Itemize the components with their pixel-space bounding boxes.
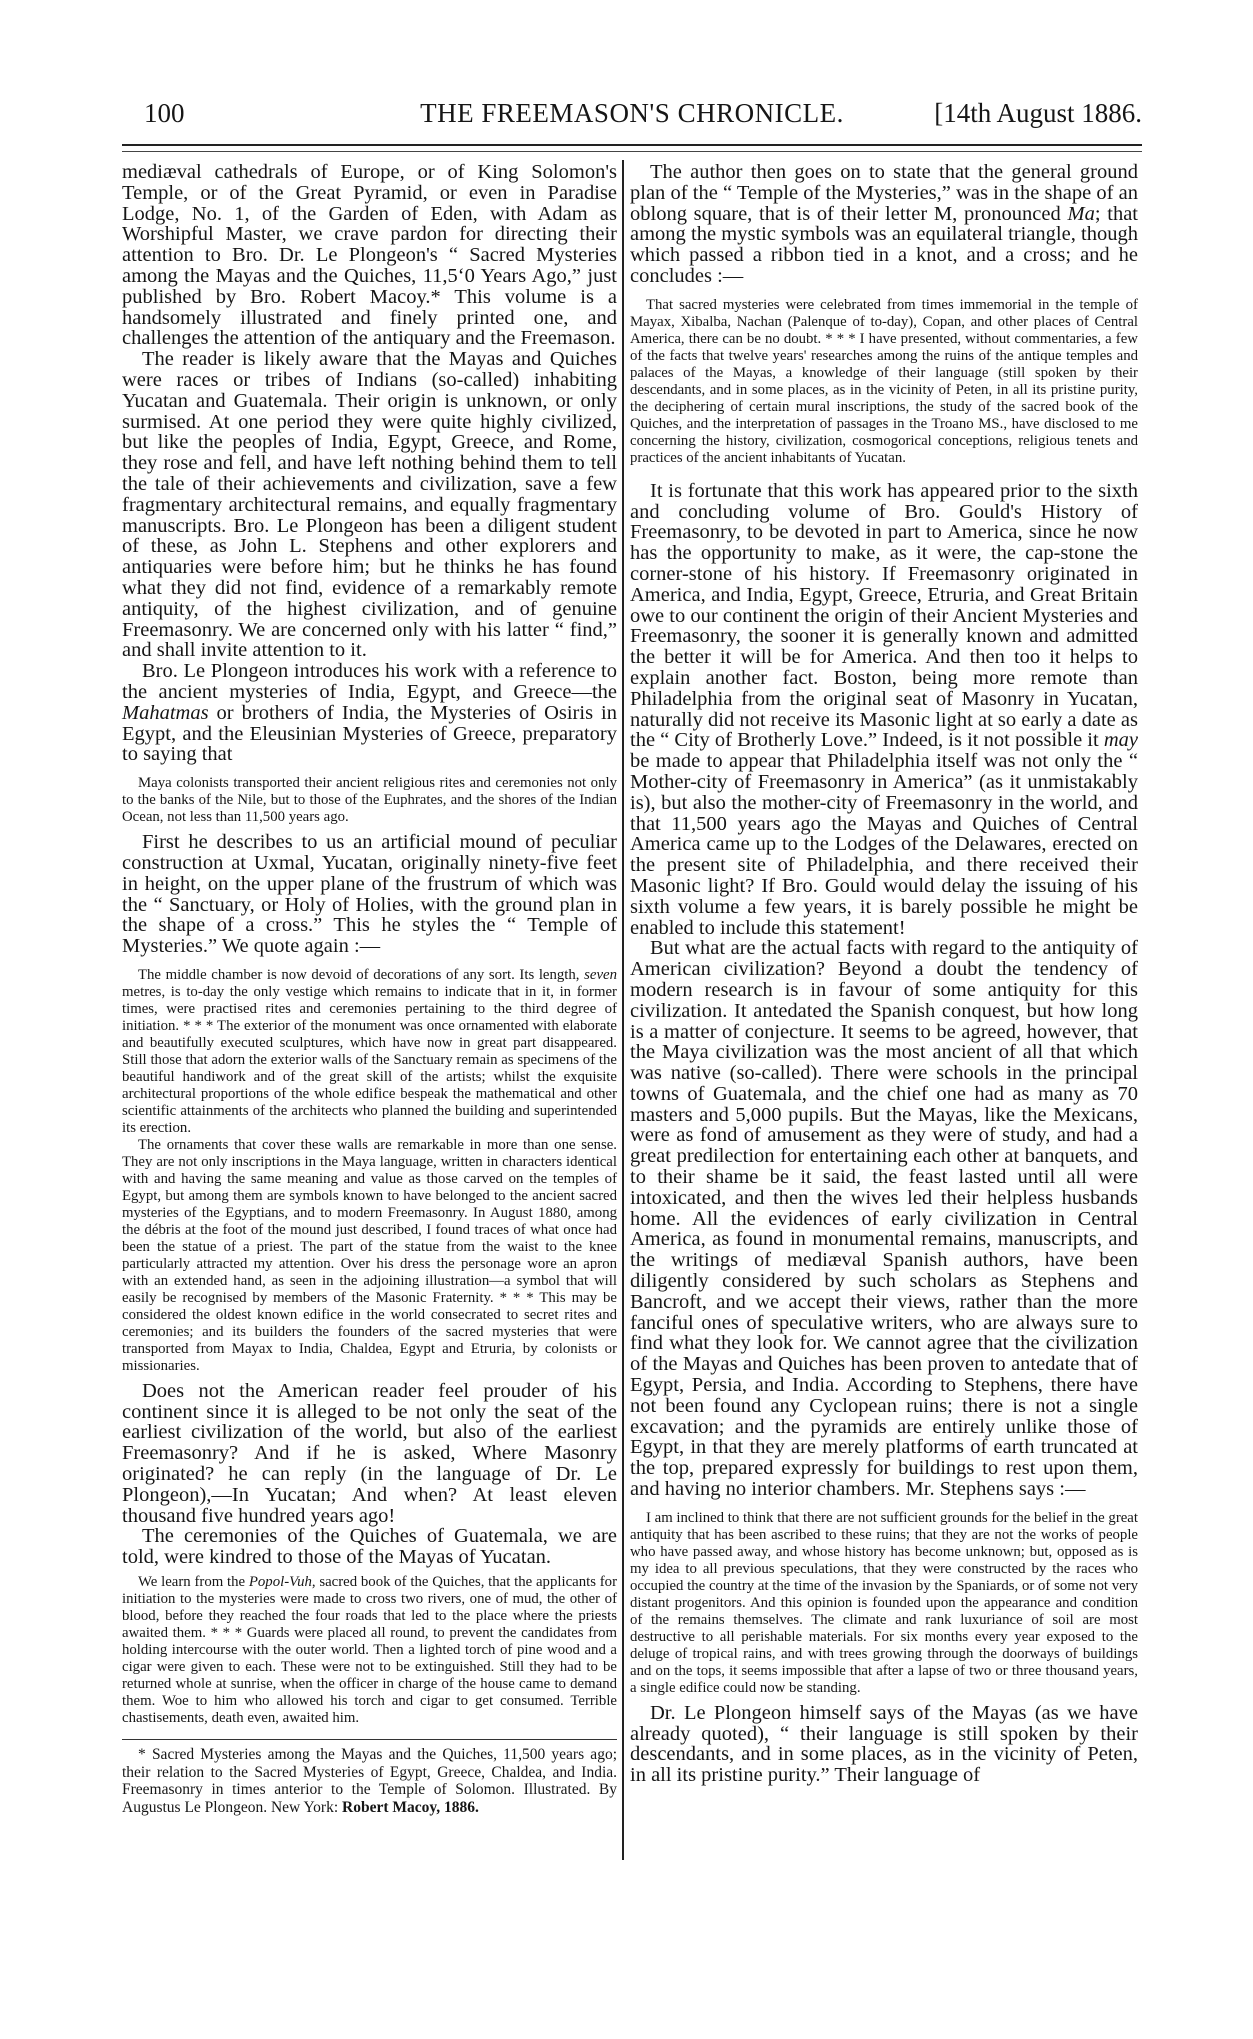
paragraph: The reader is likely aware that the Maya… [122,349,617,661]
paragraph: But what are the actual facts with regar… [630,938,1138,1500]
footnote-rule [122,1739,617,1740]
block-quote: That sacred mysteries were celebrated fr… [630,297,1138,467]
block-quote: The middle chamber is now devoid of deco… [122,967,617,1137]
footnote-publisher: Robert Macoy, 1886. [342,1799,479,1816]
block-quote: We learn from the Popol-Vuh, sacred book… [122,1574,617,1727]
paragraph: The ceremonies of the Quiches of Guatema… [122,1526,617,1568]
italic-term: Mahatmas [122,702,209,724]
paragraph: Does not the American reader feel proude… [122,1381,617,1527]
paragraph: Dr. Le Plongeon himself says of the Maya… [630,1703,1138,1786]
paragraph: The author then goes on to state that th… [630,162,1138,287]
left-column: mediæval cathedrals of Europe, or of Kin… [122,162,617,1816]
issue-date: [14th August 1886. [934,98,1142,129]
paragraph: First he describes to us an artificial m… [122,832,617,957]
paragraph: Bro. Le Plongeon introduces his work wit… [122,661,617,765]
block-quote: I am inclined to think that there are no… [630,1510,1138,1697]
italic-term: seven [584,967,617,983]
paragraph: mediæval cathedrals of Europe, or of Kin… [122,162,617,349]
footnote: * Sacred Mysteries among the Mayas and t… [122,1746,617,1816]
header-double-rule [122,144,1142,152]
block-quote: The ornaments that cover these walls are… [122,1137,617,1375]
block-quote: Maya colonists transported their ancient… [122,775,617,826]
italic-term: Ma [1068,203,1095,225]
italic-term: may [1104,729,1138,751]
column-divider [622,160,624,1860]
right-column: The author then goes on to state that th… [630,162,1138,1786]
page-header: 100 THE FREEMASON'S CHRONICLE. [14th Aug… [122,98,1142,134]
paragraph: It is fortunate that this work has appea… [630,481,1138,939]
italic-term: Popol-Vuh [249,1574,312,1590]
